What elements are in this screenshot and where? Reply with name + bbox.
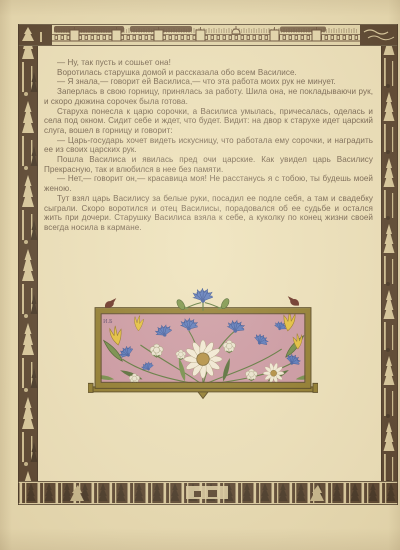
bird-icon <box>105 298 116 308</box>
story-paragraph: Заперлась в свою горницу, принялась за р… <box>44 87 373 106</box>
story-paragraph: — Ну, так пусть и сошьет она! <box>44 58 373 68</box>
story-paragraph: — Нет,— говорит он,— красавица моя! Не р… <box>44 174 373 193</box>
book-page: — Ну, так пусть и сошьет она! Воротилась… <box>0 0 400 550</box>
artist-monogram: И.Б <box>103 319 113 325</box>
story-paragraph: Воротилась старушка домой и рассказала о… <box>44 68 373 78</box>
story-paragraph: — Я знала,— говорит ей Василиса,— что эт… <box>44 77 373 87</box>
tailpiece-illustration: И.Б <box>88 288 318 402</box>
story-paragraph: Старуха понесла к царю сорочки, а Васили… <box>44 107 373 136</box>
bird-icon <box>288 296 299 306</box>
top-cornflower <box>175 288 230 311</box>
story-text: — Ну, так пусть и сошьет она! Воротилась… <box>44 58 373 233</box>
border-right-forest-band <box>381 24 398 505</box>
story-paragraph: Тут взял царь Василису за белые руки, по… <box>44 194 373 233</box>
border-left-forest-band <box>18 24 38 505</box>
story-paragraph: — Царь-государь хочет видеть искусницу, … <box>44 136 373 155</box>
border-top-town-wall-frieze <box>18 24 398 46</box>
story-paragraph: Пошла Василиса и явилась пред очи царски… <box>44 155 373 174</box>
border-bottom-forest-frieze <box>18 481 398 505</box>
